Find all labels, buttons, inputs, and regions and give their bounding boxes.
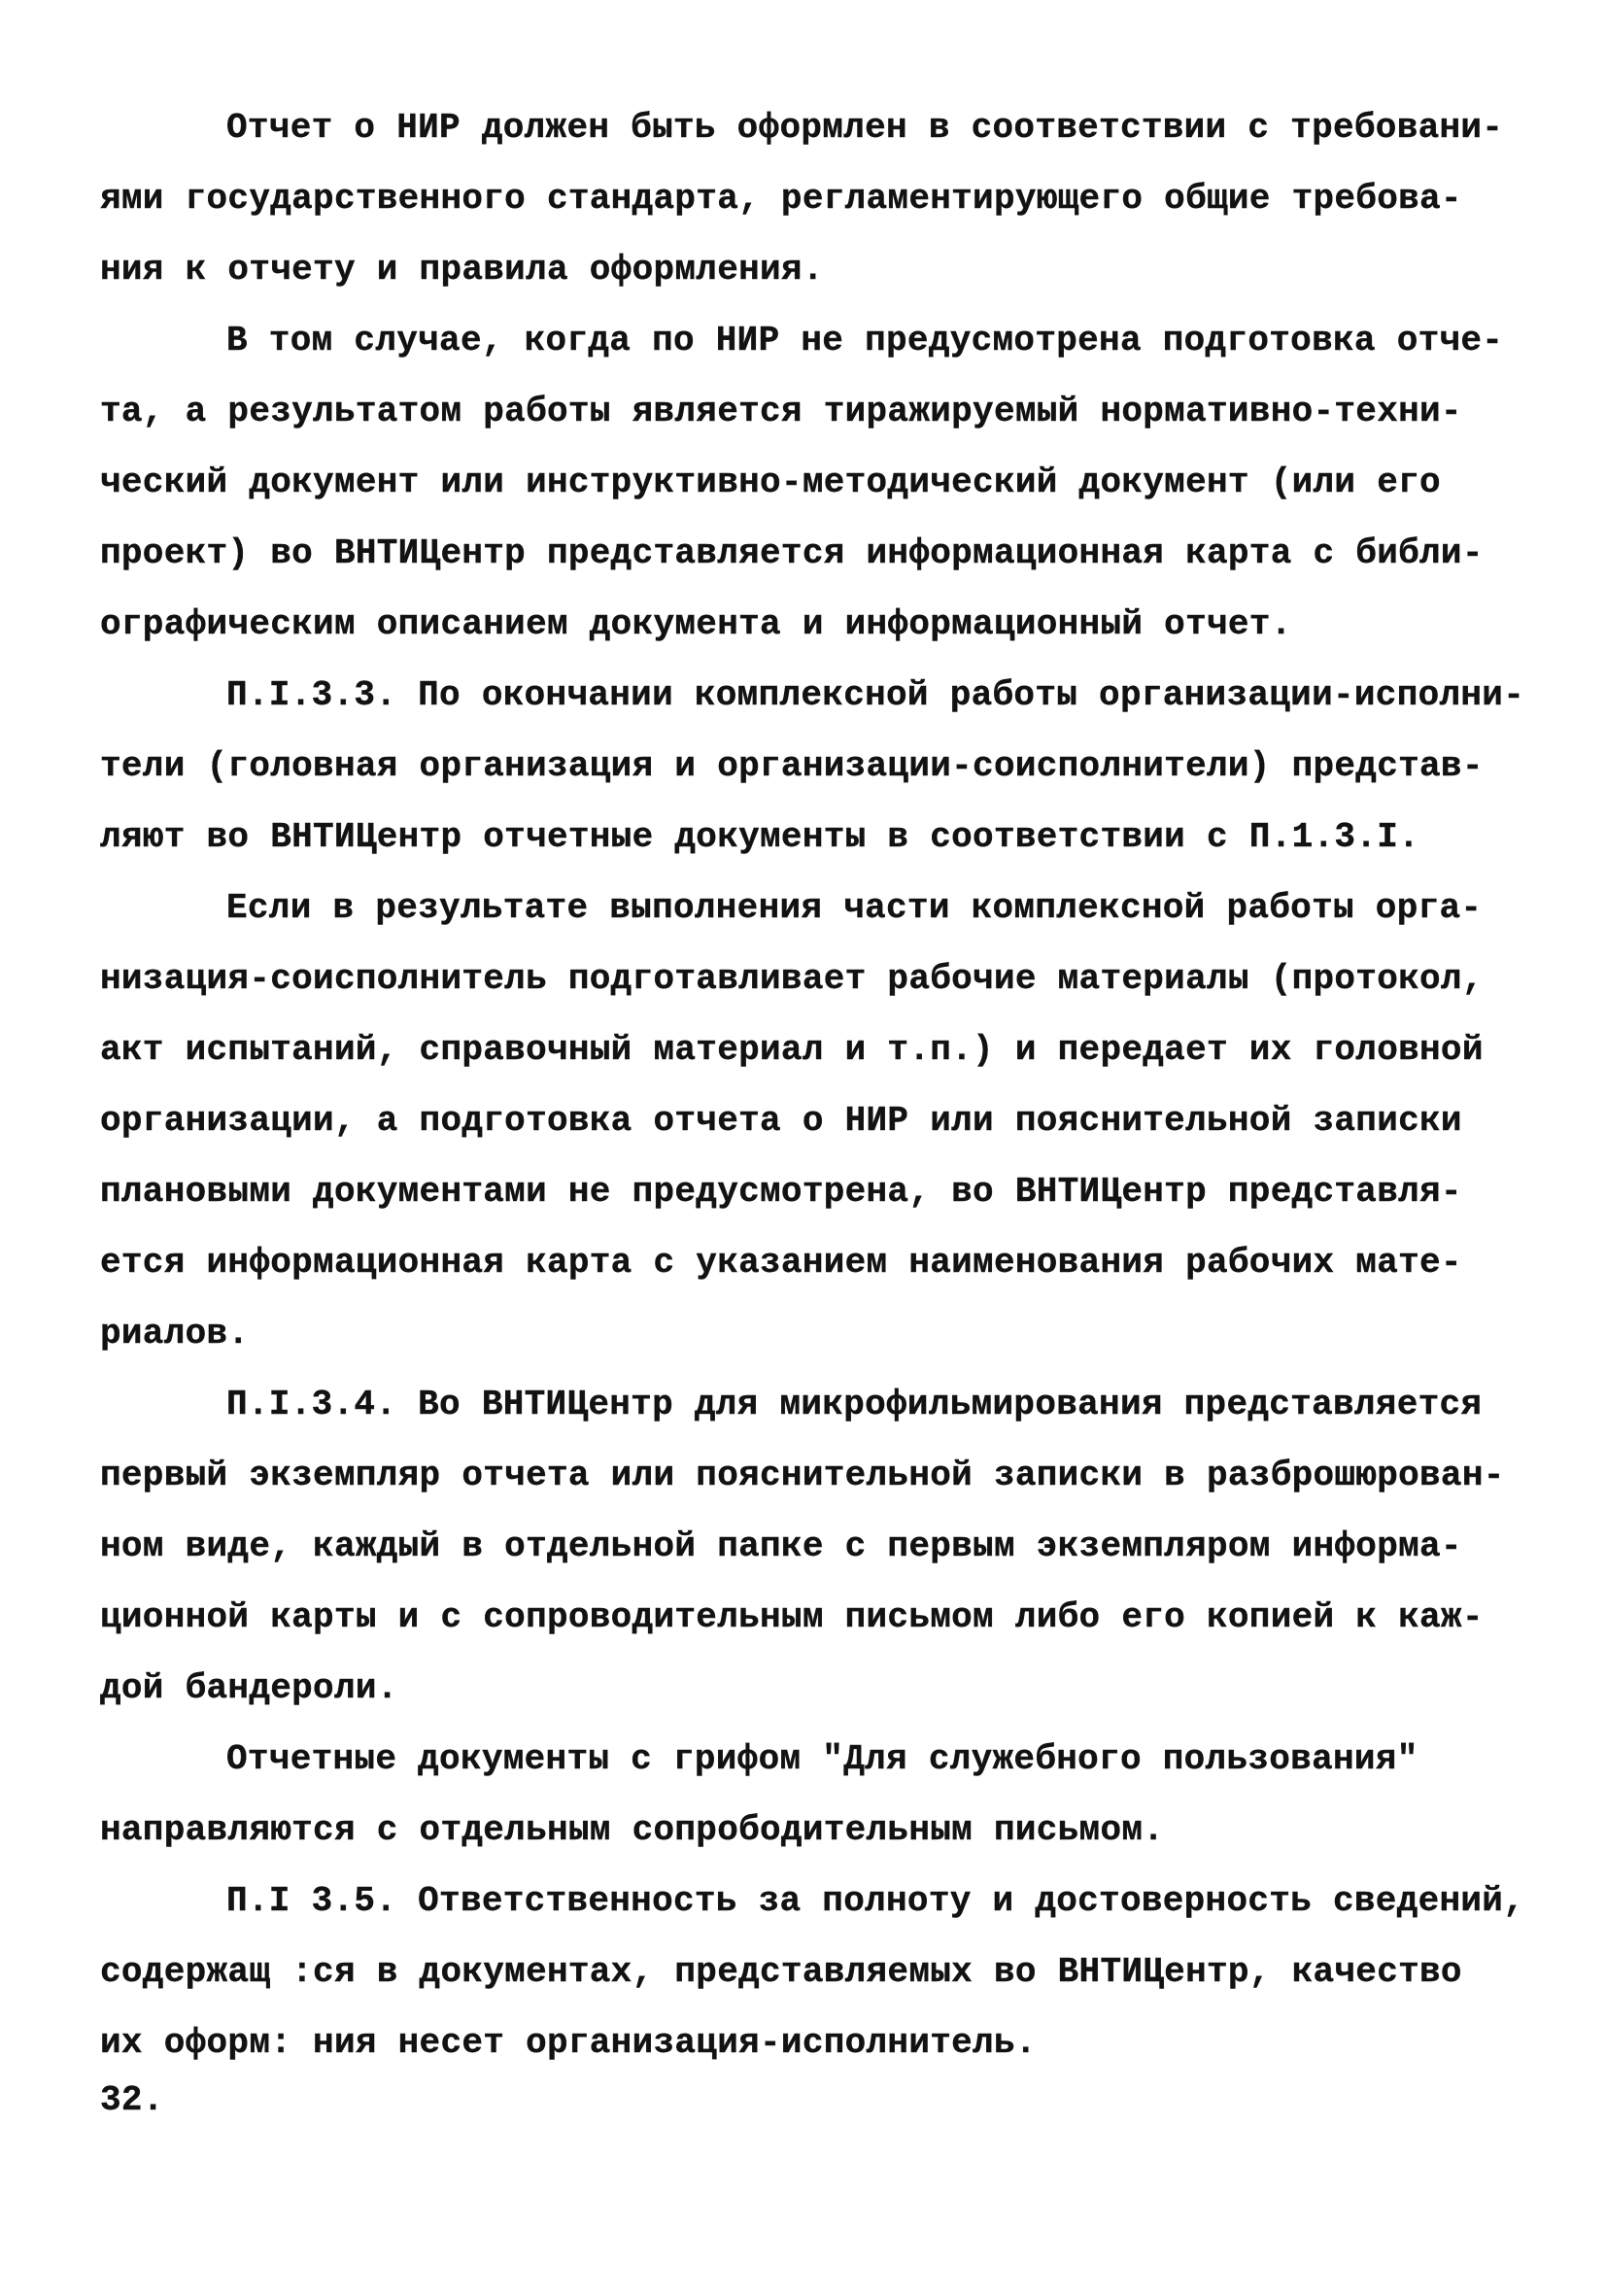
document-line: ется информационная карта с указанием на… bbox=[100, 1227, 1557, 1298]
document-line: направляются с отдельным сопрободительны… bbox=[100, 1795, 1557, 1866]
document-line: П.I.3.4. Во ВНТИЦентр для микрофильмиров… bbox=[100, 1369, 1557, 1440]
document-line: ния к отчету и правила оформления. bbox=[100, 234, 1557, 305]
document-line: первый экземпляр отчета или пояснительно… bbox=[100, 1440, 1557, 1511]
document-line: проект) во ВНТИЦентр представляется инфо… bbox=[100, 518, 1557, 589]
document-line: акт испытаний, справочный материал и т.п… bbox=[100, 1014, 1557, 1085]
document-line: В том случае, когда по НИР не предусмотр… bbox=[100, 305, 1557, 376]
document-line: ографическим описанием документа и инфор… bbox=[100, 589, 1557, 660]
document-line: тели (головная организация и организации… bbox=[100, 731, 1557, 802]
scanned-page: Отчет о НИР должен быть оформлен в соотв… bbox=[100, 92, 1557, 2136]
document-line: Отчетные документы с грифом "Для служебн… bbox=[100, 1724, 1557, 1795]
document-line: та, а результатом работы является тиражи… bbox=[100, 376, 1557, 447]
document-line: организации, а подготовка отчета о НИР и… bbox=[100, 1085, 1557, 1156]
document-line: дой бандероли. bbox=[100, 1653, 1557, 1724]
document-line: ном виде, каждый в отдельной папке с пер… bbox=[100, 1511, 1557, 1582]
document-line: Если в результате выполнения части компл… bbox=[100, 873, 1557, 943]
document-line: риалов. bbox=[100, 1298, 1557, 1369]
document-line: П.I 3.5. Ответственность за полноту и до… bbox=[100, 1866, 1557, 1936]
document-line: П.I.3.3. По окончании комплексной работы… bbox=[100, 660, 1557, 731]
document-line: ляют во ВНТИЦентр отчетные документы в с… bbox=[100, 802, 1557, 873]
document-line: ческий документ или инструктивно-методич… bbox=[100, 447, 1557, 518]
document-line: ционной карты и с сопроводительным письм… bbox=[100, 1582, 1557, 1653]
document-line: содержащ :ся в документах, представляемы… bbox=[100, 1936, 1557, 2007]
document-line: низация-соисполнитель подготавливает раб… bbox=[100, 943, 1557, 1014]
document-line: ями государственного стандарта, регламен… bbox=[100, 163, 1557, 234]
document-line: Отчет о НИР должен быть оформлен в соотв… bbox=[100, 92, 1557, 163]
document-line: плановыми документами не предусмотрена, … bbox=[100, 1156, 1557, 1227]
